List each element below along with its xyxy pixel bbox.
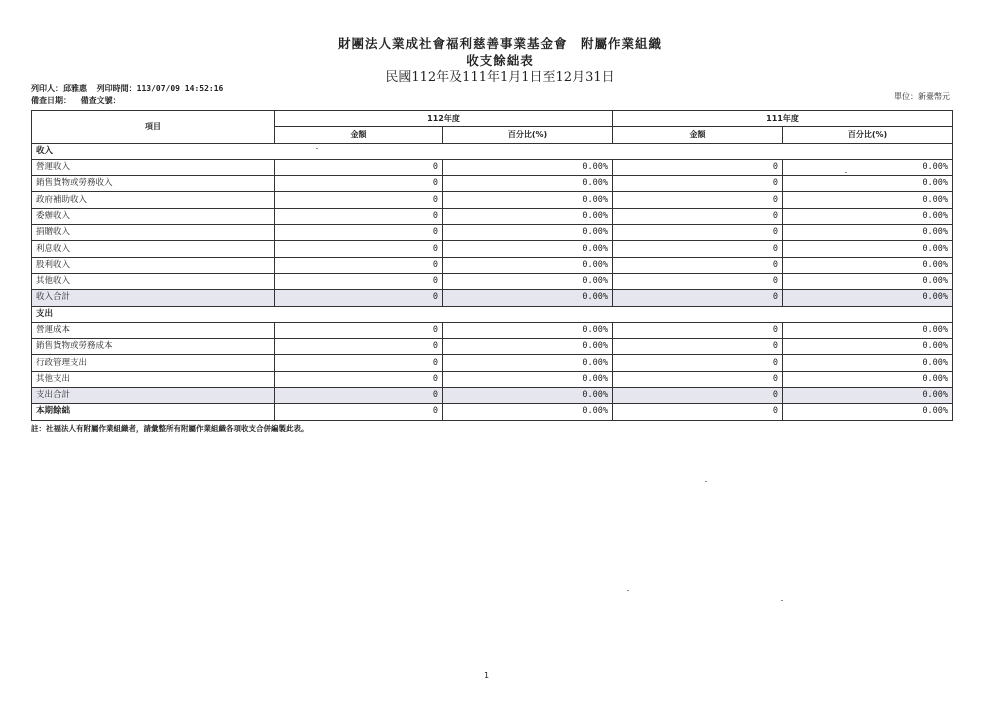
amount-112: 0 [275,322,443,338]
row-label: 其他收入 [32,273,275,289]
amount-112: 0 [275,241,443,257]
scan-speck [627,590,629,591]
table-row: 營運收入00.00%00.00% [32,159,953,175]
percent-111: 0.00% [783,388,953,404]
table-row: 委辦收入00.00%00.00% [32,208,953,224]
percent-112: 0.00% [443,257,613,273]
percent-111: 0.00% [783,371,953,387]
amount-112: 0 [275,339,443,355]
row-label: 銷售貨物或勞務成本 [32,339,275,355]
percent-112: 0.00% [443,192,613,208]
table-row: 其他收入00.00%00.00% [32,273,953,289]
net-surplus-row: 本期餘絀 0 0.00% 0 0.00% [32,404,953,420]
row-label: 捐贈收入 [32,225,275,241]
percent-112: 0.00% [443,208,613,224]
row-label: 利息收入 [32,241,275,257]
filing-info: 備查日期： 備查文號： [31,95,121,106]
year-111-header: 111年度 [613,111,953,127]
amount-112: 0 [275,290,443,306]
amount-111: 0 [613,355,783,371]
amount-111: 0 [613,225,783,241]
percent-111: 0.00% [783,176,953,192]
row-label: 銷售貨物或勞務收入 [32,176,275,192]
printed-by-label: 列印人： [31,84,63,93]
row-label: 營運收入 [32,159,275,175]
amount-112: 0 [275,273,443,289]
table-row: 政府補助收入00.00%00.00% [32,192,953,208]
amount-112: 0 [275,225,443,241]
amount-112: 0 [275,176,443,192]
percent-112: 0.00% [443,339,613,355]
print-time: 113/07/09 14:52:16 [137,84,224,93]
print-time-label: 列印時間： [97,84,137,93]
amount-111: 0 [613,192,783,208]
scan-speck [845,172,847,173]
amount-111: 0 [613,371,783,387]
table-row: 股利收入00.00%00.00% [32,257,953,273]
percent-111: 0.00% [783,241,953,257]
year-112-header: 112年度 [275,111,613,127]
amount-112: 0 [275,371,443,387]
table-row: 銷售貨物或勞務收入00.00%00.00% [32,176,953,192]
organization-title: 財團法人業成社會福利慈善事業基金會 附屬作業組織 [0,34,1000,52]
currency-unit: 單位：新臺幣元 [894,91,950,102]
percent-111: 0.00% [783,322,953,338]
row-label: 委辦收入 [32,208,275,224]
percent-112-header: 百分比(%) [443,127,613,143]
percent-111: 0.00% [783,339,953,355]
row-label: 政府補助收入 [32,192,275,208]
item-header: 項目 [32,111,275,144]
amount-112-header: 金額 [275,127,443,143]
amount-111-header: 金額 [613,127,783,143]
percent-111: 0.00% [783,208,953,224]
row-label: 其他支出 [32,371,275,387]
income-statement-table: 項目 112年度 111年度 金額 百分比(%) 金額 百分比(%) 收入 營運… [31,110,953,421]
scan-speck [781,600,783,601]
table-row: 行政管理支出00.00%00.00% [32,355,953,371]
table-row: 其他支出00.00%00.00% [32,371,953,387]
row-label: 營運成本 [32,322,275,338]
amount-111: 0 [613,257,783,273]
percent-111: 0.00% [783,257,953,273]
amount-111: 0 [613,159,783,175]
table-row: 利息收入00.00%00.00% [32,241,953,257]
percent-112: 0.00% [443,176,613,192]
expense-total-row: 支出合計 0 0.00% 0 0.00% [32,388,953,404]
row-label: 收入合計 [32,290,275,306]
amount-111: 0 [613,322,783,338]
percent-112: 0.00% [443,388,613,404]
row-label: 股利收入 [32,257,275,273]
amount-111: 0 [613,241,783,257]
percent-112: 0.00% [443,273,613,289]
percent-112: 0.00% [443,159,613,175]
percent-112: 0.00% [443,355,613,371]
scan-speck [705,481,707,482]
expense-section-label: 支出 [32,306,953,322]
percent-111: 0.00% [783,404,953,420]
percent-111: 0.00% [783,159,953,175]
scan-speck [316,148,318,149]
percent-112: 0.00% [443,241,613,257]
percent-112: 0.00% [443,404,613,420]
amount-112: 0 [275,388,443,404]
percent-111: 0.00% [783,290,953,306]
amount-111: 0 [613,208,783,224]
page-number: 1 [484,671,489,680]
amount-111: 0 [613,388,783,404]
amount-111: 0 [613,404,783,420]
percent-112: 0.00% [443,371,613,387]
row-label: 行政管理支出 [32,355,275,371]
percent-112: 0.00% [443,290,613,306]
percent-111: 0.00% [783,355,953,371]
table-row: 捐贈收入00.00%00.00% [32,225,953,241]
amount-112: 0 [275,208,443,224]
amount-111: 0 [613,339,783,355]
printed-by: 邱雅惠 [63,84,87,93]
expense-section-row: 支出 [32,306,953,322]
filing-date-label: 備查日期： [31,96,71,105]
percent-111: 0.00% [783,192,953,208]
amount-111: 0 [613,176,783,192]
income-section-label: 收入 [32,143,953,159]
percent-112: 0.00% [443,225,613,241]
amount-112: 0 [275,192,443,208]
row-label: 支出合計 [32,388,275,404]
amount-111: 0 [613,290,783,306]
percent-111: 0.00% [783,225,953,241]
amount-112: 0 [275,159,443,175]
row-label: 本期餘絀 [32,404,275,420]
percent-111: 0.00% [783,273,953,289]
percent-112: 0.00% [443,322,613,338]
amount-112: 0 [275,404,443,420]
amount-112: 0 [275,355,443,371]
income-total-row: 收入合計 0 0.00% 0 0.00% [32,290,953,306]
table-row: 銷售貨物或勞務成本00.00%00.00% [32,339,953,355]
footnote: 註：社福法人有附屬作業組織者，請彙整所有附屬作業組織各項收支合併編製此表。 [31,423,309,434]
percent-111-header: 百分比(%) [783,127,953,143]
print-info: 列印人：邱雅惠 列印時間：113/07/09 14:52:16 [31,83,223,94]
amount-111: 0 [613,273,783,289]
filing-doc-label: 備查文號： [81,96,121,105]
income-section-row: 收入 [32,143,953,159]
table-row: 營運成本00.00%00.00% [32,322,953,338]
amount-112: 0 [275,257,443,273]
